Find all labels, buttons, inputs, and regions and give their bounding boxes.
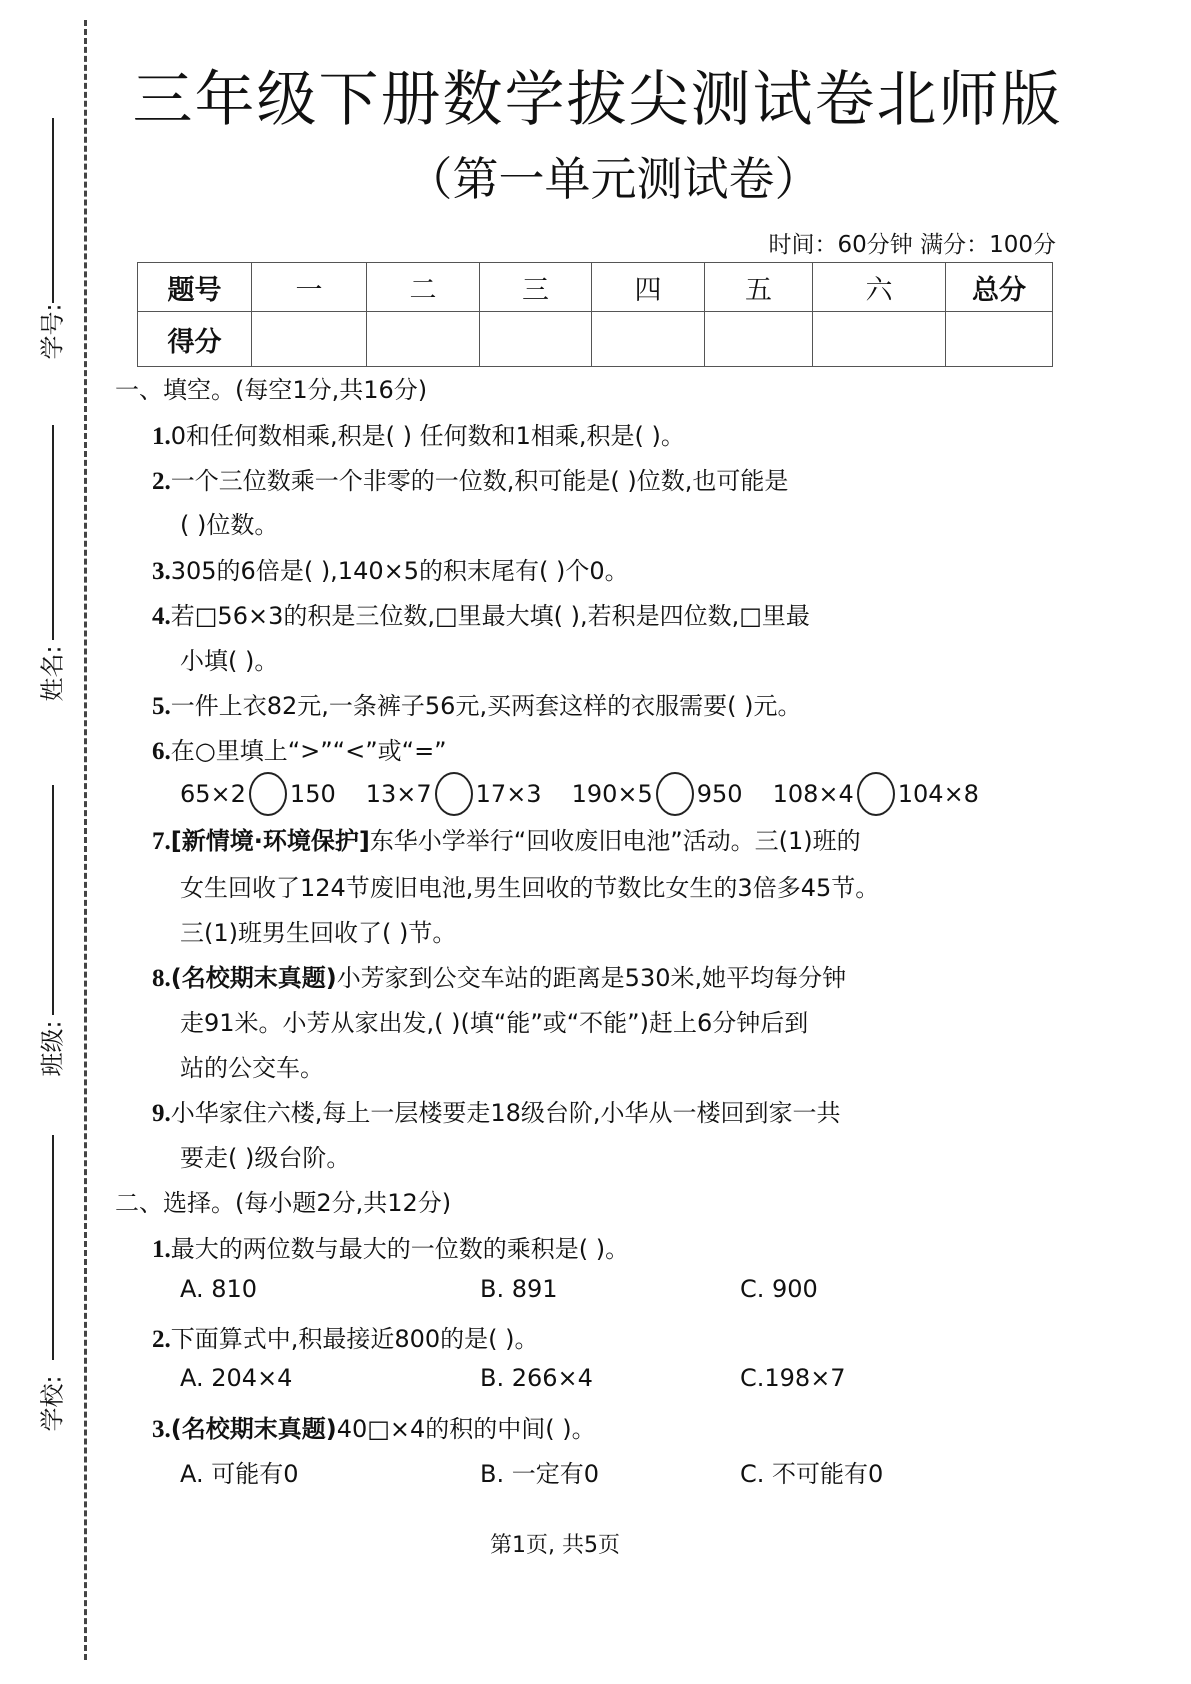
question-number: 5.	[152, 693, 171, 720]
question-1-4: 4.若□56×3的积是三位数,□里最大填( ),若积是四位数,□里最	[152, 596, 810, 631]
header-cell: 四	[592, 263, 705, 312]
comparison-row: 65×2 150 13×7 17×3 190×5 950 108×4 104×8	[180, 772, 979, 816]
score-cell[interactable]	[813, 312, 946, 367]
question-text: 若□56×3的积是三位数,□里最大填( ),若积是四位数,□里最	[171, 602, 810, 630]
compare-circle-input[interactable]	[249, 772, 287, 816]
section-heading: 一、填空。(每空1分,共16分)	[115, 370, 427, 405]
question-2-1: 1.最大的两位数与最大的一位数的乘积是( )。	[152, 1229, 629, 1264]
score-table-score-row: 得分	[138, 312, 1053, 367]
question-1-2: 2.一个三位数乘一个非零的一位数,积可能是( )位数,也可能是	[152, 461, 788, 496]
question-text: 在○里填上“>”“<”或“=”	[171, 737, 447, 765]
question-number: 2.	[152, 1326, 171, 1353]
name-field[interactable]: 姓名:	[22, 420, 62, 720]
page-title: 三年级下册数学拔尖测试卷北师版	[130, 52, 1065, 138]
score-cell[interactable]	[592, 312, 705, 367]
question-tag: [新情境·环境保护]	[171, 827, 370, 855]
score-row-label: 得分	[138, 312, 252, 367]
question-number: 6.	[152, 738, 171, 765]
class-underline	[52, 785, 54, 1015]
question-continuation: 走91米。小芳从家出发,( )(填“能”或“不能”)赶上6分钟后到	[180, 1003, 808, 1038]
question-number: 2.	[152, 468, 171, 495]
student-id-field[interactable]: 学号:	[22, 110, 62, 380]
option-c[interactable]: C. 900	[740, 1275, 818, 1303]
question-text: 40□×4的积的中间( )。	[337, 1415, 596, 1443]
question-continuation: ( )位数。	[180, 505, 278, 540]
header-cell: 三	[480, 263, 592, 312]
question-number: 3.	[152, 1416, 171, 1443]
school-underline	[52, 1135, 54, 1360]
question-continuation: 三(1)班男生回收了( )节。	[180, 913, 456, 948]
question-1-6: 6.在○里填上“>”“<”或“=”	[152, 731, 447, 766]
compare-right: 104×8	[898, 780, 979, 808]
question-tag: (名校期末真题)	[171, 964, 337, 992]
question-text: 小芳家到公交车站的距离是530米,她平均每分钟	[337, 964, 846, 992]
header-cell: 六	[813, 263, 946, 312]
score-table-header-row: 题号 一 二 三 四 五 六 总分	[138, 263, 1053, 312]
option-b[interactable]: B. 891	[480, 1275, 558, 1303]
compare-left: 65×2	[180, 780, 246, 808]
name-label: 姓名:	[33, 674, 68, 702]
question-1-8: 8.(名校期末真题)小芳家到公交车站的距离是530米,她平均每分钟	[152, 958, 846, 993]
option-a[interactable]: A. 可能有0	[180, 1454, 299, 1489]
name-underline	[52, 425, 54, 640]
question-number: 9.	[152, 1100, 171, 1127]
question-text: 小华家住六楼,每上一层楼要走18级台阶,小华从一楼回到家一共	[171, 1099, 841, 1127]
header-cell: 五	[705, 263, 813, 312]
option-b[interactable]: B. 266×4	[480, 1364, 593, 1392]
question-text: 下面算式中,积最接近800的是( )。	[171, 1325, 539, 1353]
question-continuation: 女生回收了124节废旧电池,男生回收的节数比女生的3倍多45节。	[180, 868, 879, 903]
header-cell: 题号	[138, 263, 252, 312]
compare-right: 150	[290, 780, 336, 808]
question-number: 1.	[152, 423, 171, 450]
question-2-2: 2.下面算式中,积最接近800的是( )。	[152, 1319, 539, 1354]
compare-left: 108×4	[773, 780, 854, 808]
question-text: 0和任何数相乘,积是( ) 任何数和1相乘,积是( )。	[171, 422, 685, 450]
question-continuation: 要走( )级台阶。	[180, 1138, 350, 1173]
score-table: 题号 一 二 三 四 五 六 总分 得分	[137, 262, 1053, 367]
class-field[interactable]: 班级:	[22, 780, 62, 1090]
compare-right: 17×3	[476, 780, 542, 808]
option-b[interactable]: B. 一定有0	[480, 1454, 599, 1489]
question-1-7: 7.[新情境·环境保护]东华小学举行“回收废旧电池”活动。三(1)班的	[152, 821, 861, 856]
page-number: 第1页, 共5页	[0, 1528, 1110, 1559]
exam-meta: 时间：60分钟 满分：100分	[769, 226, 1056, 259]
compare-left: 13×7	[366, 780, 432, 808]
compare-circle-input[interactable]	[435, 772, 473, 816]
question-number: 8.	[152, 965, 171, 992]
score-cell[interactable]	[946, 312, 1053, 367]
school-field[interactable]: 学校:	[22, 1130, 62, 1450]
option-a[interactable]: A. 810	[180, 1275, 257, 1303]
question-number: 4.	[152, 603, 171, 630]
compare-circle-input[interactable]	[656, 772, 694, 816]
question-number: 3.	[152, 558, 171, 585]
question-text: 一个三位数乘一个非零的一位数,积可能是( )位数,也可能是	[171, 467, 789, 495]
student-id-label: 学号:	[33, 332, 68, 360]
option-c[interactable]: C.198×7	[740, 1364, 846, 1392]
score-cell[interactable]	[252, 312, 367, 367]
question-number: 7.	[152, 828, 171, 855]
header-cell: 总分	[946, 263, 1053, 312]
question-text: 最大的两位数与最大的一位数的乘积是( )。	[171, 1235, 629, 1263]
question-1-3: 3.305的6倍是( ),140×5的积末尾有( )个0。	[152, 551, 629, 586]
question-2-3: 3.(名校期末真题)40□×4的积的中间( )。	[152, 1409, 596, 1444]
compare-left: 190×5	[572, 780, 653, 808]
score-cell[interactable]	[480, 312, 592, 367]
score-cell[interactable]	[705, 312, 813, 367]
question-1-5: 5.一件上衣82元,一条裤子56元,买两套这样的衣服需要( )元。	[152, 686, 801, 721]
score-cell[interactable]	[367, 312, 480, 367]
student-id-underline	[52, 118, 54, 303]
compare-circle-input[interactable]	[857, 772, 895, 816]
cut-line	[84, 20, 87, 1660]
school-label: 学校:	[33, 1404, 68, 1432]
page-subtitle: （第一单元测试卷）	[130, 143, 1081, 209]
question-text: 305的6倍是( ),140×5的积末尾有( )个0。	[171, 557, 629, 585]
header-cell: 一	[252, 263, 367, 312]
question-continuation: 小填( )。	[180, 641, 278, 676]
question-1-9: 9.小华家住六楼,每上一层楼要走18级台阶,小华从一楼回到家一共	[152, 1093, 841, 1128]
class-label: 班级:	[33, 1049, 68, 1077]
question-text: 东华小学举行“回收废旧电池”活动。三(1)班的	[370, 827, 861, 855]
compare-right: 950	[697, 780, 743, 808]
question-text: 一件上衣82元,一条裤子56元,买两套这样的衣服需要( )元。	[171, 692, 802, 720]
section-heading: 二、选择。(每小题2分,共12分)	[115, 1183, 451, 1218]
question-tag: (名校期末真题)	[171, 1415, 337, 1443]
header-cell: 二	[367, 263, 480, 312]
question-number: 1.	[152, 1236, 171, 1263]
option-a[interactable]: A. 204×4	[180, 1364, 292, 1392]
question-continuation: 站的公交车。	[180, 1048, 324, 1083]
option-c[interactable]: C. 不可能有0	[740, 1454, 883, 1489]
question-1-1: 1.0和任何数相乘,积是( ) 任何数和1相乘,积是( )。	[152, 416, 685, 451]
